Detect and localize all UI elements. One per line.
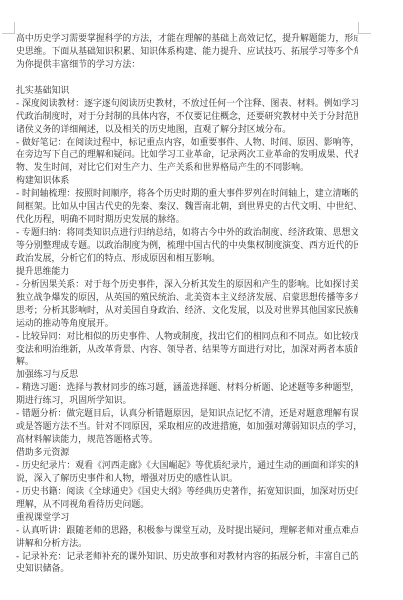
text-line: 等分别整理成专题。以政治制度为例，梳理中国古代的中央集权制度演变、西方近代的民主 (16, 240, 358, 253)
section-heading: 加强练习与反思 (16, 369, 358, 382)
text-line: - 比较异同：对比相似的历史事件、人物或制度，找出它们的相同点和不同点。如比较戊… (16, 331, 358, 344)
list-item: - 精选习题：选择与教材同步的练习题，涵盖选择题、材料分析题、论述题等多种题型，… (16, 382, 358, 408)
text-line: 运动的推动等角度展开。 (16, 318, 358, 331)
section-heading: 借助多元资源 (16, 447, 358, 460)
section-classroom: 重视课堂学习 - 认真听讲：跟随老师的思路，积极参与课堂互动，及时提出疑问，理解… (16, 512, 358, 577)
text-line: 为你提供丰富细节的学习方法： (16, 59, 358, 72)
list-item: - 历史纪录片：观看《河西走廊》《大国崛起》等优质纪录片，通过生动的画面和详实的… (16, 460, 358, 486)
list-item: - 深度阅读教材：逐字逐句阅读历史教材，不放过任何一个注释、图表、材料。例如学习… (16, 98, 358, 137)
text-line: - 时间轴梳理：按照时间顺序，将各个历史时期的重大事件罗列在时间轴上，建立清晰的… (16, 188, 358, 201)
text-line: 物、发生时间，对比它们对生产力、生产关系和世界格局产生的不同影响。 (16, 162, 358, 175)
text-line: 代化历程，明确不同时期历史发展的脉络。 (16, 214, 358, 227)
text-line: - 历史书籍：阅读《全球通史》《国史大纲》等经典历史著作，拓宽知识面，加深对历史… (16, 486, 358, 499)
text-line: 高材料解读能力，规范答题格式等。 (16, 434, 358, 447)
section-knowledge-system: 构建知识体系 - 时间轴梳理：按照时间顺序，将各个历史时期的重大事件罗列在时间轴… (16, 175, 358, 266)
text-line: 解。 (16, 356, 358, 369)
text-line: 政治发展，分析它们的特点、形成原因和相互影响。 (16, 253, 358, 266)
text-line: - 错题分析：做完题目后，认真分析错题原因，是知识点记忆不清，还是对题意理解有误… (16, 408, 358, 421)
text-line: - 精选习题：选择与教材同步的练习题，涵盖选择题、材料分析题、论述题等多种题型，… (16, 382, 358, 395)
section-resources: 借助多元资源 - 历史纪录片：观看《河西走廊》《大国崛起》等优质纪录片，通过生动… (16, 447, 358, 512)
list-item: - 错题分析：做完题目后，认真分析错题原因，是知识点记忆不清，还是对题意理解有误… (16, 408, 358, 447)
text-line: 理解，从不同视角看待历史问题。 (16, 499, 358, 512)
list-item: - 做好笔记：在阅读过程中，标记重点内容，如重要事件、人物、时间、原因、影响等，… (16, 137, 358, 176)
intro-paragraph: 高中历史学习需要掌握科学的方法，才能在理解的基础上高效记忆，提升解题能力，形成历… (16, 33, 358, 72)
list-item: - 比较异同：对比相似的历史事件、人物或制度，找出它们的相同点和不同点。如比较戊… (16, 331, 358, 370)
text-line: 代政治制度时，对于分封制的具体内容，不仅要记住概念，还要研究教材中关于分封范围、 (16, 111, 358, 124)
document-body[interactable]: 高中历史学习需要掌握科学的方法，才能在理解的基础上高效记忆，提升解题能力，形成历… (16, 33, 358, 576)
text-line: - 专题归纳：将同类知识点进行归纳总结，如将古今中外的政治制度、经济政策、思想文… (16, 227, 358, 240)
list-item: - 专题归纳：将同类知识点进行归纳总结，如将古今中外的政治制度、经济政策、思想文… (16, 227, 358, 266)
text-line: 间框架。比如从中国古代史的先秦、秦汉、魏晋南北朝，到世界史的古代文明、中世纪、近 (16, 201, 358, 214)
section-heading: 提升思维能力 (16, 266, 358, 279)
page-corner-mark-right-horizontal (358, 33, 371, 34)
text-line: 思考；分析其影响时，从对美国自身政治、经济、文化发展，以及对世界其他国家民族解放 (16, 305, 358, 318)
list-item: - 记录补充：记录老师补充的课外知识、历史故事和对教材内容的拓展分析，丰富自己的… (16, 551, 358, 577)
text-line: 变法和明治维新，从改革背景、内容、领导者、结果等方面进行对比，加深对两者本质的理 (16, 344, 358, 357)
text-line: - 做好笔记：在阅读过程中，标记重点内容，如重要事件、人物、时间、原因、影响等，… (16, 137, 358, 150)
section-thinking: 提升思维能力 - 分析因果关系：对于每个历史事件，深入分析其发生的原因和产生的影… (16, 266, 358, 370)
text-line: - 历史纪录片：观看《河西走廊》《大国崛起》等优质纪录片，通过生动的画面和详实的… (16, 460, 358, 473)
text-line: - 记录补充：记录老师补充的课外知识、历史故事和对教材内容的拓展分析，丰富自己的… (16, 551, 358, 564)
text-line: 高中历史学习需要掌握科学的方法，才能在理解的基础上高效记忆，提升解题能力，形成历 (16, 33, 358, 46)
list-item: - 认真听讲：跟随老师的思路，积极参与课堂互动，及时提出疑问，理解老师对重点难点… (16, 525, 358, 551)
text-line: - 深度阅读教材：逐字逐句阅读历史教材，不放过任何一个注释、图表、材料。例如学习… (16, 98, 358, 111)
text-line: 史思维。下面从基础知识积累、知识体系构建、能力提升、应试技巧、拓展学习等多个角度 (16, 46, 358, 59)
section-basics: 扎实基础知识 - 深度阅读教材：逐字逐句阅读历史教材，不放过任何一个注释、图表、… (16, 85, 358, 176)
page-corner-mark-left-horizontal (2, 33, 15, 34)
list-item: - 历史书籍：阅读《全球通史》《国史大纲》等经典历史著作，拓宽知识面，加深对历史… (16, 486, 358, 512)
text-line: 史知识储备。 (16, 563, 358, 576)
text-line: 独立战争爆发的原因，从英国的殖民统治、北美资本主义经济发展、启蒙思想传播等多方面 (16, 292, 358, 305)
text-line: 期进行练习，巩固所学知识。 (16, 395, 358, 408)
text-line: - 分析因果关系：对于每个历史事件，深入分析其发生的原因和产生的影响。比如探讨美… (16, 279, 358, 292)
blank-line (16, 72, 358, 85)
list-item: - 时间轴梳理：按照时间顺序，将各个历史时期的重大事件罗列在时间轴上，建立清晰的… (16, 188, 358, 227)
text-line: 在旁边写下自己的理解和疑问。比如学习工业革命，记录两次工业革命的发明成果、代表人 (16, 149, 358, 162)
text-line: 诸侯义务的详细阐述，以及相关的历史地图，直观了解分封区域分布。 (16, 124, 358, 137)
section-heading: 构建知识体系 (16, 175, 358, 188)
text-line: - 认真听讲：跟随老师的思路，积极参与课堂互动，及时提出疑问，理解老师对重点难点… (16, 525, 358, 538)
text-line: 或是答题方法不当。针对不同原因，采取相应的改进措施，如加强对薄弱知识点的学习，提 (16, 421, 358, 434)
section-heading: 重视课堂学习 (16, 512, 358, 525)
section-practice: 加强练习与反思 - 精选习题：选择与教材同步的练习题，涵盖选择题、材料分析题、论… (16, 369, 358, 447)
list-item: - 分析因果关系：对于每个历史事件，深入分析其发生的原因和产生的影响。比如探讨美… (16, 279, 358, 331)
section-heading: 扎实基础知识 (16, 85, 358, 98)
text-line: 说，深入了解历史事件和人物，增强对历史的感性认识。 (16, 473, 358, 486)
text-line: 讲解和分析方法。 (16, 538, 358, 551)
